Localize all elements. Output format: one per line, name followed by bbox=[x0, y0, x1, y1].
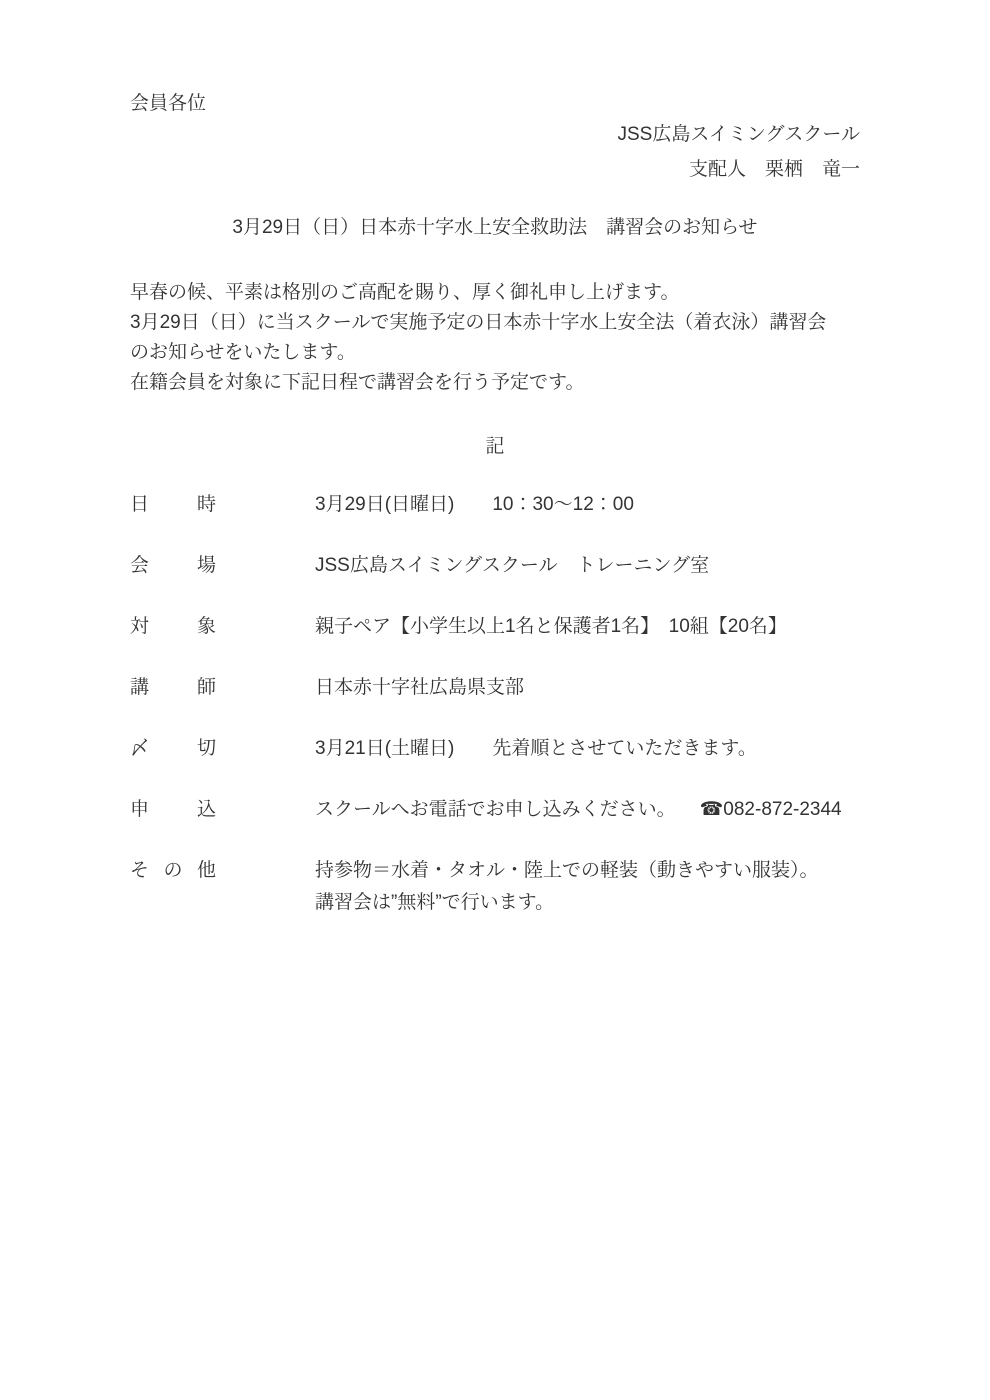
item-row-other: その他 持参物＝水着・タオル・陸上での軽装（動きやすい服装）。 講習会は”無料”… bbox=[130, 858, 860, 916]
telephone-icon: ☎ bbox=[700, 799, 724, 820]
greeting-line-3: のお知らせをいたします。 bbox=[130, 338, 860, 368]
item-value-deadline: 3月21日(土曜日) 先着順とさせていただきます。 bbox=[315, 736, 757, 762]
item-label-application: 申込 bbox=[130, 797, 216, 823]
item-label-other: その他 bbox=[130, 858, 216, 884]
item-value-instructor: 日本赤十字社広島県支部 bbox=[315, 675, 524, 701]
item-value-other: 持参物＝水着・タオル・陸上での軽装（動きやすい服装）。 講習会は”無料”で行いま… bbox=[315, 858, 819, 916]
item-row-deadline: 〆切 3月21日(土曜日) 先着順とさせていただきます。 bbox=[130, 736, 860, 762]
detail-list: 日時 3月29日(日曜日) 10：30～12：00 会場 JSS広島スイミングス… bbox=[130, 492, 860, 916]
item-label-target: 対象 bbox=[130, 614, 216, 640]
item-value-date-time: 3月29日(日曜日) 10：30～12：00 bbox=[315, 492, 634, 518]
item-label-instructor: 講師 bbox=[130, 675, 216, 701]
notice-title: 3月29日（日）日本赤十字水上安全救助法 講習会のお知らせ bbox=[130, 215, 860, 241]
item-label-venue: 会場 bbox=[130, 553, 216, 579]
sender-person: 支配人 栗栖 竜一 bbox=[130, 157, 860, 183]
other-line-free: 講習会は”無料”で行います。 bbox=[315, 890, 819, 916]
other-line-belongings: 持参物＝水着・タオル・陸上での軽装（動きやすい服装）。 bbox=[315, 858, 819, 884]
item-label-deadline: 〆切 bbox=[130, 736, 216, 762]
greeting-line-2: 3月29日（日）に当スクールで実施予定の日本赤十字水上安全法（着衣泳）講習会 bbox=[130, 308, 860, 338]
greeting-paragraph: 早春の候、平素は格別のご高配を賜り、厚く御礼申し上げます。 3月29日（日）に当… bbox=[130, 278, 860, 398]
item-value-application: スクールへお電話でお申し込みください。☎082-872-2344 bbox=[315, 797, 842, 823]
phone-number: 082-872-2344 bbox=[723, 799, 841, 820]
greeting-line-1: 早春の候、平素は格別のご高配を賜り、厚く御礼申し上げます。 bbox=[130, 278, 860, 308]
item-row-application: 申込 スクールへお電話でお申し込みください。☎082-872-2344 bbox=[130, 797, 860, 823]
item-row-instructor: 講師 日本赤十字社広島県支部 bbox=[130, 675, 860, 701]
record-marker: 記 bbox=[130, 434, 860, 460]
item-value-target: 親子ペア【小学生以上1名と保護者1名】 10組【20名】 bbox=[315, 614, 787, 640]
item-row-target: 対象 親子ペア【小学生以上1名と保護者1名】 10組【20名】 bbox=[130, 614, 860, 640]
item-row-date-time: 日時 3月29日(日曜日) 10：30～12：00 bbox=[130, 492, 860, 518]
recipient-line: 会員各位 bbox=[130, 91, 860, 117]
item-row-venue: 会場 JSS広島スイミングスクール トレーニング室 bbox=[130, 553, 860, 579]
notice-document-page: 会員各位 JSS広島スイミングスクール 支配人 栗栖 竜一 3月29日（日）日本… bbox=[0, 0, 990, 1400]
item-label-date-time: 日時 bbox=[130, 492, 216, 518]
sender-block: JSS広島スイミングスクール 支配人 栗栖 竜一 bbox=[130, 122, 860, 183]
application-instruction: スクールへお電話でお申し込みください。 bbox=[315, 799, 676, 820]
greeting-line-4: 在籍会員を対象に下記日程で講習会を行う予定です。 bbox=[130, 368, 860, 398]
item-value-venue: JSS広島スイミングスクール トレーニング室 bbox=[315, 553, 709, 579]
sender-organization: JSS広島スイミングスクール bbox=[130, 122, 860, 148]
